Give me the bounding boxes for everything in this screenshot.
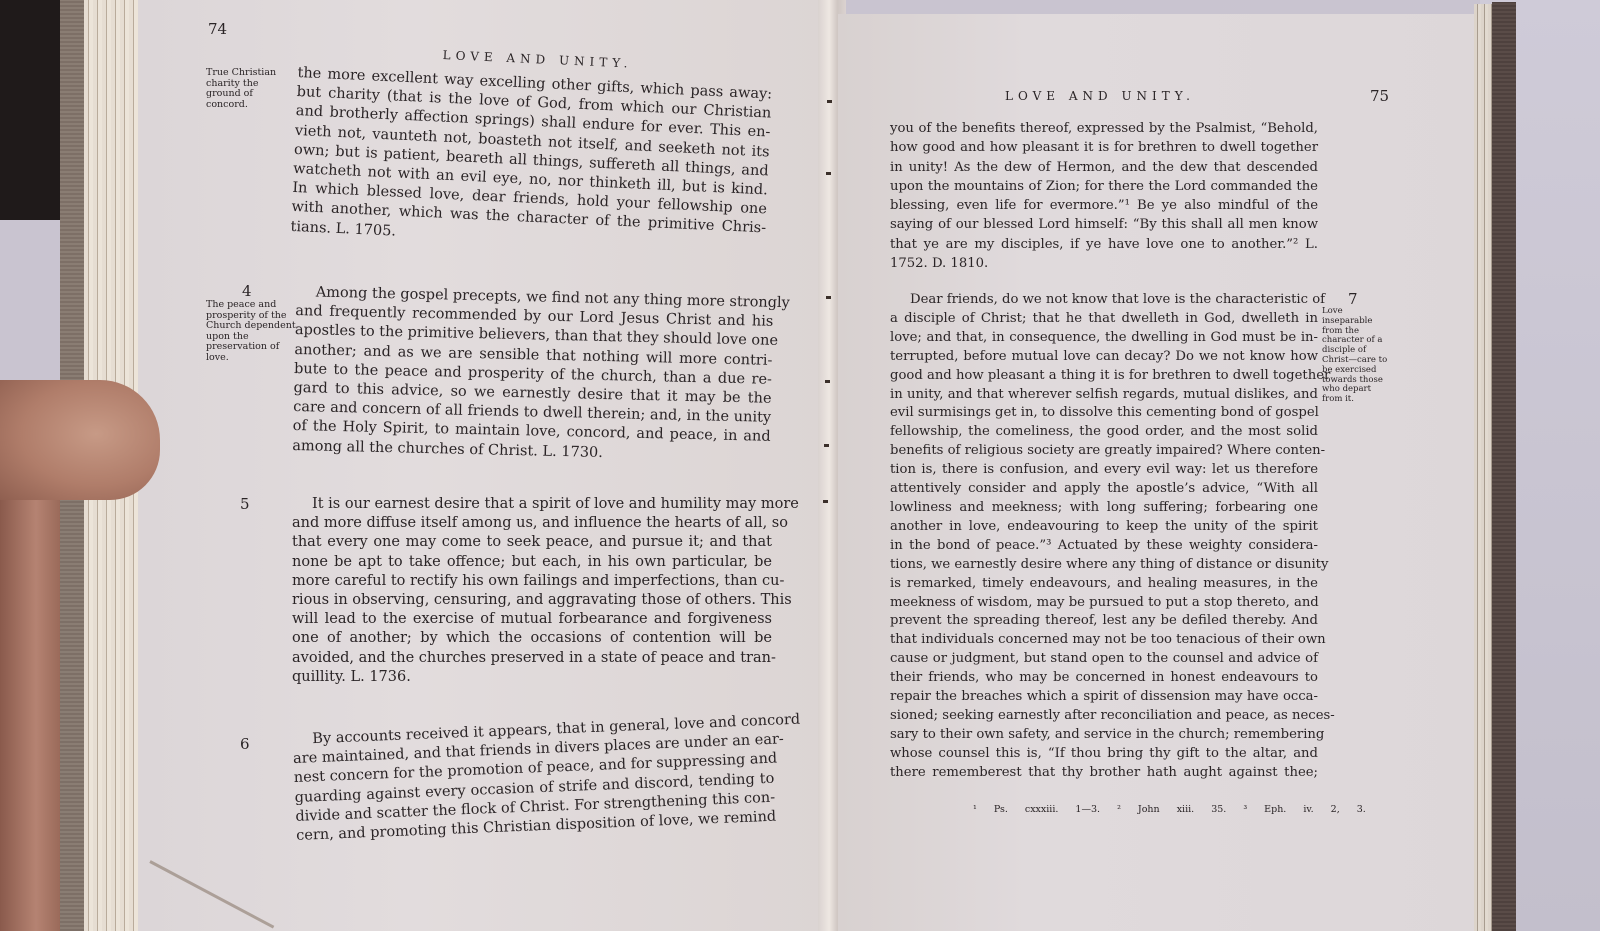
text-line: It is our earnest desire that a spirit o… — [292, 495, 772, 514]
text-line: in unity, and that wherever selfish rega… — [890, 386, 1318, 405]
paragraph: the more excellent way excelling other g… — [290, 64, 772, 258]
text-line: avoided, and the churches preserved in a… — [292, 649, 772, 668]
paragraph-number: 5 — [240, 495, 250, 513]
text-line: upon the mountains of Zion; for there th… — [890, 177, 1318, 196]
text-line: attentively consider and apply the apost… — [890, 480, 1318, 499]
text-line: sary to their own safety, and service in… — [890, 726, 1318, 745]
paragraph: By accounts received it appears, that in… — [292, 712, 776, 846]
binding-stitch — [825, 380, 830, 383]
footnote: ³ Eph. iv. 2, 3. — [1243, 804, 1365, 815]
text-line: another in love, endeavouring to keep th… — [890, 518, 1318, 537]
text-line: in the bond of peace.”³ Actuated by thes… — [890, 537, 1318, 556]
running-head: LOVE AND UNITY. — [1005, 89, 1195, 103]
text-line: quillity. L. 1736. — [292, 668, 772, 687]
sidenote: True Christian charity the ground of con… — [206, 68, 296, 110]
text-line: blessing, even life for evermore.”¹ Be y… — [890, 196, 1318, 215]
text-line: good and how pleasant a thing it is for … — [890, 367, 1318, 386]
footnote: ¹ Ps. cxxxiii. 1—3. — [973, 804, 1100, 815]
text-line: cause or judgment, but stand open to the… — [890, 650, 1318, 669]
text-line: sioned; seeking earnestly after reconcil… — [890, 707, 1318, 726]
text-line: and more diffuse itself among us, and in… — [292, 514, 772, 533]
text-line: you of the benefits thereof, expressed b… — [890, 119, 1318, 138]
text-line: that individuals concerned may not be to… — [890, 631, 1318, 650]
text-line: in unity! As the dew of Hermon, and the … — [890, 158, 1318, 177]
text-line: their friends, who may be concerned in h… — [890, 669, 1318, 688]
text-line: that ye are my disciples, if ye have lov… — [890, 235, 1318, 254]
right-page: LOVE AND UNITY. 75 you of the benefits t… — [838, 14, 1478, 931]
paragraph-number: 7 — [1348, 290, 1358, 308]
binding-stitch — [826, 296, 831, 299]
text-line: saying of our blessed Lord himself: “By … — [890, 215, 1318, 234]
text-line: will lead to the exercise of mutual forb… — [292, 610, 772, 629]
sidenote: Love inseparable from the character of a… — [1322, 307, 1392, 405]
text-line: benefits of religious society are greatl… — [890, 442, 1318, 461]
text-line: that every one may come to seek peace, a… — [292, 533, 772, 552]
text-line: whose counsel this is, “If thou bring th… — [890, 745, 1318, 764]
sidenote: The peace and prosperity of the Church d… — [206, 300, 296, 363]
cover-right — [1492, 2, 1516, 931]
text-line: is remarked, timely endeavours, and heal… — [890, 575, 1318, 594]
page-number: 75 — [1370, 87, 1389, 105]
paragraph-number: 4 — [242, 282, 252, 300]
left-page: 74 LOVE AND UNITY. True Christian charit… — [138, 0, 828, 931]
text-line: rious in observing, censuring, and aggra… — [292, 591, 772, 610]
paragraph: you of the benefits thereof, expressed b… — [890, 119, 1318, 273]
text-line: terrupted, before mutual love can decay?… — [890, 348, 1318, 367]
text-line: fellowship, the comeliness, the good ord… — [890, 423, 1318, 442]
text-line: none be apt to take offence; but each, i… — [292, 553, 772, 572]
binding-stitch — [827, 100, 832, 103]
text-line: tion is, there is confusion, and every e… — [890, 461, 1318, 480]
text-line: one of another; by which the occasions o… — [292, 629, 772, 648]
text-line: 1752. D. 1810. — [890, 254, 1318, 273]
paragraph: Dear friends, do we not know that love i… — [890, 291, 1318, 783]
text-line: meekness of wisdom, may be pursued to pu… — [890, 594, 1318, 613]
running-head: LOVE AND UNITY. — [442, 48, 632, 71]
binding-stitch — [824, 444, 829, 447]
paragraph: It is our earnest desire that a spirit o… — [292, 495, 772, 687]
page-number: 74 — [208, 20, 227, 38]
binding-stitch — [823, 500, 828, 503]
paragraph: Among the gospel precepts, we find not a… — [292, 283, 774, 467]
text-line: evil surmisings get in, to dissolve this… — [890, 404, 1318, 423]
text-line: a disciple of Christ; that he that dwell… — [890, 310, 1318, 329]
text-line: how good and how pleasant it is for bret… — [890, 138, 1318, 157]
text-line: Dear friends, do we not know that love i… — [890, 291, 1318, 310]
paragraph-number: 6 — [240, 735, 250, 753]
text-line: lowliness and meekness; with long suffer… — [890, 499, 1318, 518]
text-line: love; and that, in consequence, the dwel… — [890, 329, 1318, 348]
hand — [0, 470, 60, 931]
thumb — [0, 380, 160, 500]
footnotes: ¹ Ps. cxxxiii. 1—3. ² John xiii. 35. ³ E… — [973, 804, 1366, 815]
text-line: there rememberest that thy brother hath … — [890, 764, 1318, 783]
page-edges-right — [1474, 4, 1494, 931]
text-line: prevent the spreading thereof, lest any … — [890, 612, 1318, 631]
text-line: tions, we earnestly desire where any thi… — [890, 556, 1318, 575]
text-line: more careful to rectify his own failings… — [292, 572, 772, 591]
text-line: repair the breaches which a spirit of di… — [890, 688, 1318, 707]
binding-stitch — [826, 172, 831, 175]
footnote: ² John xiii. 35. — [1117, 804, 1226, 815]
